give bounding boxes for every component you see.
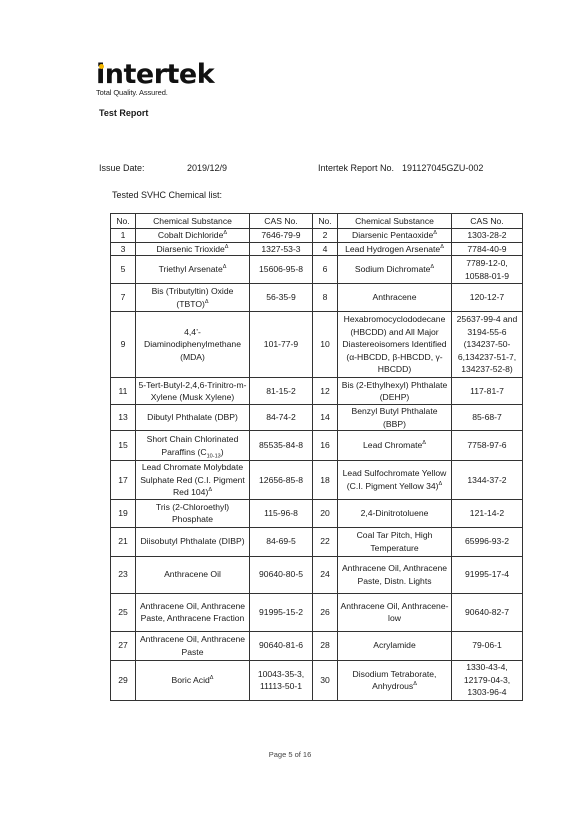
cell-substance: Bis (Tributyltin) Oxide (TBTO)Δ: [136, 284, 250, 312]
table-row: 115-Tert-Butyl-2,4,6-Trinitro-m-Xylene (…: [111, 378, 523, 405]
cell-cas: 90640-80-5: [250, 556, 313, 593]
cell-no: 21: [111, 527, 136, 556]
cell-substance: Bis (2-Ethylhexyl) Phthalate (DEHP): [338, 378, 452, 405]
cell-cas: 12656-85-8: [250, 461, 313, 500]
cell-no: 15: [111, 431, 136, 461]
cell-no: 19: [111, 499, 136, 527]
report-no-value: 191127045GZU-002: [402, 163, 483, 173]
table-row: 23Anthracene Oil90640-80-524Anthracene O…: [111, 556, 523, 593]
cell-cas: 101-77-9: [250, 312, 313, 378]
cell-cas: 1303-28-2: [452, 229, 523, 243]
cell-substance: Dibutyl Phthalate (DBP): [136, 405, 250, 431]
cell-cas: 85535-84-8: [250, 431, 313, 461]
cell-cas: 84-74-2: [250, 405, 313, 431]
cell-no: 27: [111, 631, 136, 660]
cell-cas: 1344-37-2: [452, 461, 523, 500]
delta-mark: Δ: [225, 244, 229, 250]
table-row: 15Short Chain Chlorinated Paraffins (C10…: [111, 431, 523, 461]
cell-substance: Lead Sulfochromate Yellow (C.I. Pigment …: [338, 461, 452, 500]
cell-substance: Lead ChromateΔ: [338, 431, 452, 461]
cell-cas: 7784-40-9: [452, 242, 523, 256]
cell-cas: 25637-99-4 and 3194-55-6 (134237-50-6,13…: [452, 312, 523, 378]
table-row: 27Anthracene Oil, Anthracene Paste90640-…: [111, 631, 523, 660]
cell-substance: Boric AcidΔ: [136, 660, 250, 700]
page-number: Page 5 of 16: [0, 750, 580, 759]
cell-cas: 56-35-9: [250, 284, 313, 312]
cell-cas: 121-14-2: [452, 499, 523, 527]
cell-substance: Anthracene Oil, Anthracene Paste: [136, 631, 250, 660]
cell-no: 26: [313, 593, 338, 631]
cell-no: 22: [313, 527, 338, 556]
logo-dot-icon: [99, 64, 104, 69]
cell-no: 17: [111, 461, 136, 500]
cell-substance: Tris (2-Chloroethyl) Phosphate: [136, 499, 250, 527]
cell-cas: 115-96-8: [250, 499, 313, 527]
cell-no: 28: [313, 631, 338, 660]
table-row: 7Bis (Tributyltin) Oxide (TBTO)Δ56-35-98…: [111, 284, 523, 312]
cell-cas: 81-15-2: [250, 378, 313, 405]
cell-substance: Hexabromocyclododecane (HBCDD) and All M…: [338, 312, 452, 378]
cell-cas: 65996-93-2: [452, 527, 523, 556]
cell-no: 20: [313, 499, 338, 527]
table-header-row: No. Chemical Substance CAS No. No. Chemi…: [111, 214, 523, 229]
cell-cas: 90640-81-6: [250, 631, 313, 660]
table-row: 19Tris (2-Chloroethyl) Phosphate115-96-8…: [111, 499, 523, 527]
cell-no: 9: [111, 312, 136, 378]
cell-substance: 5-Tert-Butyl-2,4,6-Trinitro-m-Xylene (Mu…: [136, 378, 250, 405]
cell-cas: 7789-12-0, 10588-01-9: [452, 256, 523, 284]
table-row: 94,4’-Diaminodiphenylmethane (MDA)101-77…: [111, 312, 523, 378]
logo-text: intertek: [96, 59, 214, 90]
table-row: 25Anthracene Oil, Anthracene Paste, Anth…: [111, 593, 523, 631]
cell-substance: Anthracene Oil: [136, 556, 250, 593]
cell-cas: 1330-43-4, 12179-04-3, 1303-96-4: [452, 660, 523, 700]
cell-no: 5: [111, 256, 136, 284]
cell-cas: 10043-35-3, 11113-50-1: [250, 660, 313, 700]
cell-substance: Triethyl ArsenateΔ: [136, 256, 250, 284]
cell-substance: Benzyl Butyl Phthalate (BBP): [338, 405, 452, 431]
svhc-table: No. Chemical Substance CAS No. No. Chemi…: [110, 213, 523, 701]
cell-substance: Anthracene Oil, Anthracene Paste, Distn.…: [338, 556, 452, 593]
cell-no: 4: [313, 242, 338, 256]
logo-wordmark: intertek: [96, 60, 214, 90]
cell-no: 3: [111, 242, 136, 256]
cell-substance: Disodium Tetraborate, AnhydrousΔ: [338, 660, 452, 700]
cell-cas: 7646-79-9: [250, 229, 313, 243]
delta-mark: Δ: [440, 244, 444, 250]
cell-substance: Short Chain Chlorinated Paraffins (C10-1…: [136, 431, 250, 461]
cell-cas: 79-06-1: [452, 631, 523, 660]
cell-substance: Acrylamide: [338, 631, 452, 660]
cell-no: 24: [313, 556, 338, 593]
cell-no: 18: [313, 461, 338, 500]
delta-mark: Δ: [223, 264, 227, 270]
delta-mark: Δ: [208, 487, 212, 493]
cell-cas: 84-69-5: [250, 527, 313, 556]
cell-no: 25: [111, 593, 136, 631]
table-row: 29Boric AcidΔ10043-35-3, 11113-50-130Dis…: [111, 660, 523, 700]
cell-substance: Diarsenic TrioxideΔ: [136, 242, 250, 256]
report-no-label: Intertek Report No.: [318, 163, 394, 173]
cell-no: 30: [313, 660, 338, 700]
delta-mark: Δ: [210, 675, 214, 681]
header-no: No.: [313, 214, 338, 229]
cell-substance: Lead Hydrogen ArsenateΔ: [338, 242, 452, 256]
cell-no: 2: [313, 229, 338, 243]
cell-cas: 90640-82-7: [452, 593, 523, 631]
cell-cas: 1327-53-3: [250, 242, 313, 256]
cell-no: 11: [111, 378, 136, 405]
cell-cas: 91995-17-4: [452, 556, 523, 593]
cell-no: 23: [111, 556, 136, 593]
cell-substance: Sodium DichromateΔ: [338, 256, 452, 284]
cell-cas: 91995-15-2: [250, 593, 313, 631]
issue-date-label: Issue Date:: [99, 163, 145, 173]
issue-date-value: 2019/12/9: [187, 163, 227, 173]
delta-mark: Δ: [223, 230, 227, 236]
table-row: 21Diisobutyl Phthalate (DIBP)84-69-522Co…: [111, 527, 523, 556]
table-row: 3Diarsenic TrioxideΔ1327-53-34Lead Hydro…: [111, 242, 523, 256]
cell-no: 8: [313, 284, 338, 312]
cell-substance: Anthracene Oil, Anthracene Paste, Anthra…: [136, 593, 250, 631]
table-row: 17Lead Chromate Molybdate Sulphate Red (…: [111, 461, 523, 500]
delta-mark: Δ: [413, 681, 417, 687]
header-substance: Chemical Substance: [338, 214, 452, 229]
cell-cas: 85-68-7: [452, 405, 523, 431]
cell-substance: Cobalt DichlorideΔ: [136, 229, 250, 243]
cell-no: 12: [313, 378, 338, 405]
cell-substance: Coal Tar Pitch, High Temperature: [338, 527, 452, 556]
table-row: 13Dibutyl Phthalate (DBP)84-74-214Benzyl…: [111, 405, 523, 431]
cell-no: 14: [313, 405, 338, 431]
delta-mark: Δ: [422, 440, 426, 446]
cell-no: 16: [313, 431, 338, 461]
cell-no: 1: [111, 229, 136, 243]
cell-no: 7: [111, 284, 136, 312]
cell-substance: Diarsenic PentaoxideΔ: [338, 229, 452, 243]
cell-no: 10: [313, 312, 338, 378]
cell-substance: 2,4-Dinitrotoluene: [338, 499, 452, 527]
cell-substance: Anthracene: [338, 284, 452, 312]
header-cas: CAS No.: [250, 214, 313, 229]
delta-mark: Δ: [433, 230, 437, 236]
table-row: 5Triethyl ArsenateΔ15606-95-86Sodium Dic…: [111, 256, 523, 284]
delta-mark: Δ: [205, 299, 209, 305]
cell-substance: Lead Chromate Molybdate Sulphate Red (C.…: [136, 461, 250, 500]
cell-cas: 15606-95-8: [250, 256, 313, 284]
cell-substance: 4,4’-Diaminodiphenylmethane (MDA): [136, 312, 250, 378]
cell-substance: Diisobutyl Phthalate (DIBP): [136, 527, 250, 556]
header-cas: CAS No.: [452, 214, 523, 229]
delta-mark: Δ: [439, 481, 443, 487]
intertek-logo: intertek Total Quality. Assured.: [96, 60, 214, 97]
cell-substance: Anthracene Oil, Anthracene-low: [338, 593, 452, 631]
document-title: Test Report: [99, 108, 148, 118]
table-row: 1Cobalt DichlorideΔ7646-79-92Diarsenic P…: [111, 229, 523, 243]
cell-cas: 120-12-7: [452, 284, 523, 312]
cell-no: 29: [111, 660, 136, 700]
header-no: No.: [111, 214, 136, 229]
cell-no: 13: [111, 405, 136, 431]
cell-cas: 7758-97-6: [452, 431, 523, 461]
cell-no: 6: [313, 256, 338, 284]
section-title: Tested SVHC Chemical list:: [112, 190, 222, 200]
cell-cas: 117-81-7: [452, 378, 523, 405]
header-substance: Chemical Substance: [136, 214, 250, 229]
delta-mark: Δ: [430, 264, 434, 270]
